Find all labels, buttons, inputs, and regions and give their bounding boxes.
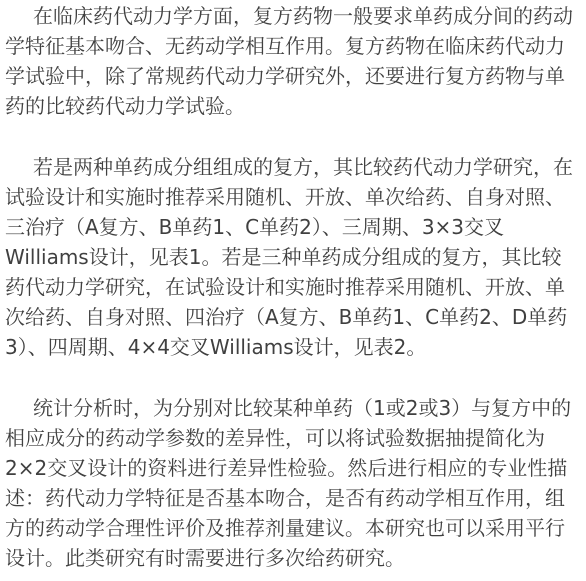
text-line: 统计分析时，为分别对比较某种单药（1或2或3）与复方中的 [5,393,582,423]
text-line: 次给药、自身对照、四治疗（A复方、B单药1、C单药2、D单药 [5,302,582,332]
text-line: 2×2交叉设计的资料进行差异性检验。然后进行相应的专业性描 [5,453,582,483]
text-line: 学特征基本吻合、无药动学相互作用。复方药物在临床药代动力 [5,31,582,61]
paragraph-statistical-analysis: 统计分析时，为分别对比较某种单药（1或2或3）与复方中的 相应成分的药动学参数的… [5,393,582,573]
text-line: 3）、四周期、4×4交叉Williams设计，见表2。 [5,332,582,362]
text-line: 方的药动学合理性评价及推荐剂量建议。本研究也可以采用平行 [5,513,582,543]
paragraph-crossover-design: 若是两种单药成分组组成的复方，其比较药代动力学研究，在 试验设计和实施时推荐采用… [5,152,582,362]
text-line: 若是两种单药成分组组成的复方，其比较药代动力学研究，在 [5,152,582,182]
text-line: 在临床药代动力学方面，复方药物一般要求单药成分间的药动 [5,1,582,31]
text-line: 试验设计和实施时推荐采用随机、开放、单次给药、自身对照、 [5,182,582,212]
document-page: 在临床药代动力学方面，复方药物一般要求单药成分间的药动 学特征基本吻合、无药动学… [0,0,586,581]
text-line: 述：药代动力学特征是否基本吻合，是否有药动学相互作用，组 [5,483,582,513]
text-line: 相应成分的药动学参数的差异性，可以将试验数据抽提简化为 [5,423,582,453]
text-line: 药的比较药代动力学试验。 [5,91,582,121]
text-line: 三治疗（A复方、B单药1、C单药2）、三周期、3×3交叉 [5,212,582,242]
paragraph-clinical-pk-overview: 在临床药代动力学方面，复方药物一般要求单药成分间的药动 学特征基本吻合、无药动学… [5,1,582,121]
text-line: 药代动力学研究，在试验设计和实施时推荐采用随机、开放、单 [5,272,582,302]
text-line: 设计。此类研究有时需要进行多次给药研究。 [5,543,582,573]
text-line: 学试验中，除了常规药代动力学研究外，还要进行复方药物与单 [5,61,582,91]
text-line: Williams设计，见表1。若是三种单药成分组成的复方，其比较 [5,242,582,272]
